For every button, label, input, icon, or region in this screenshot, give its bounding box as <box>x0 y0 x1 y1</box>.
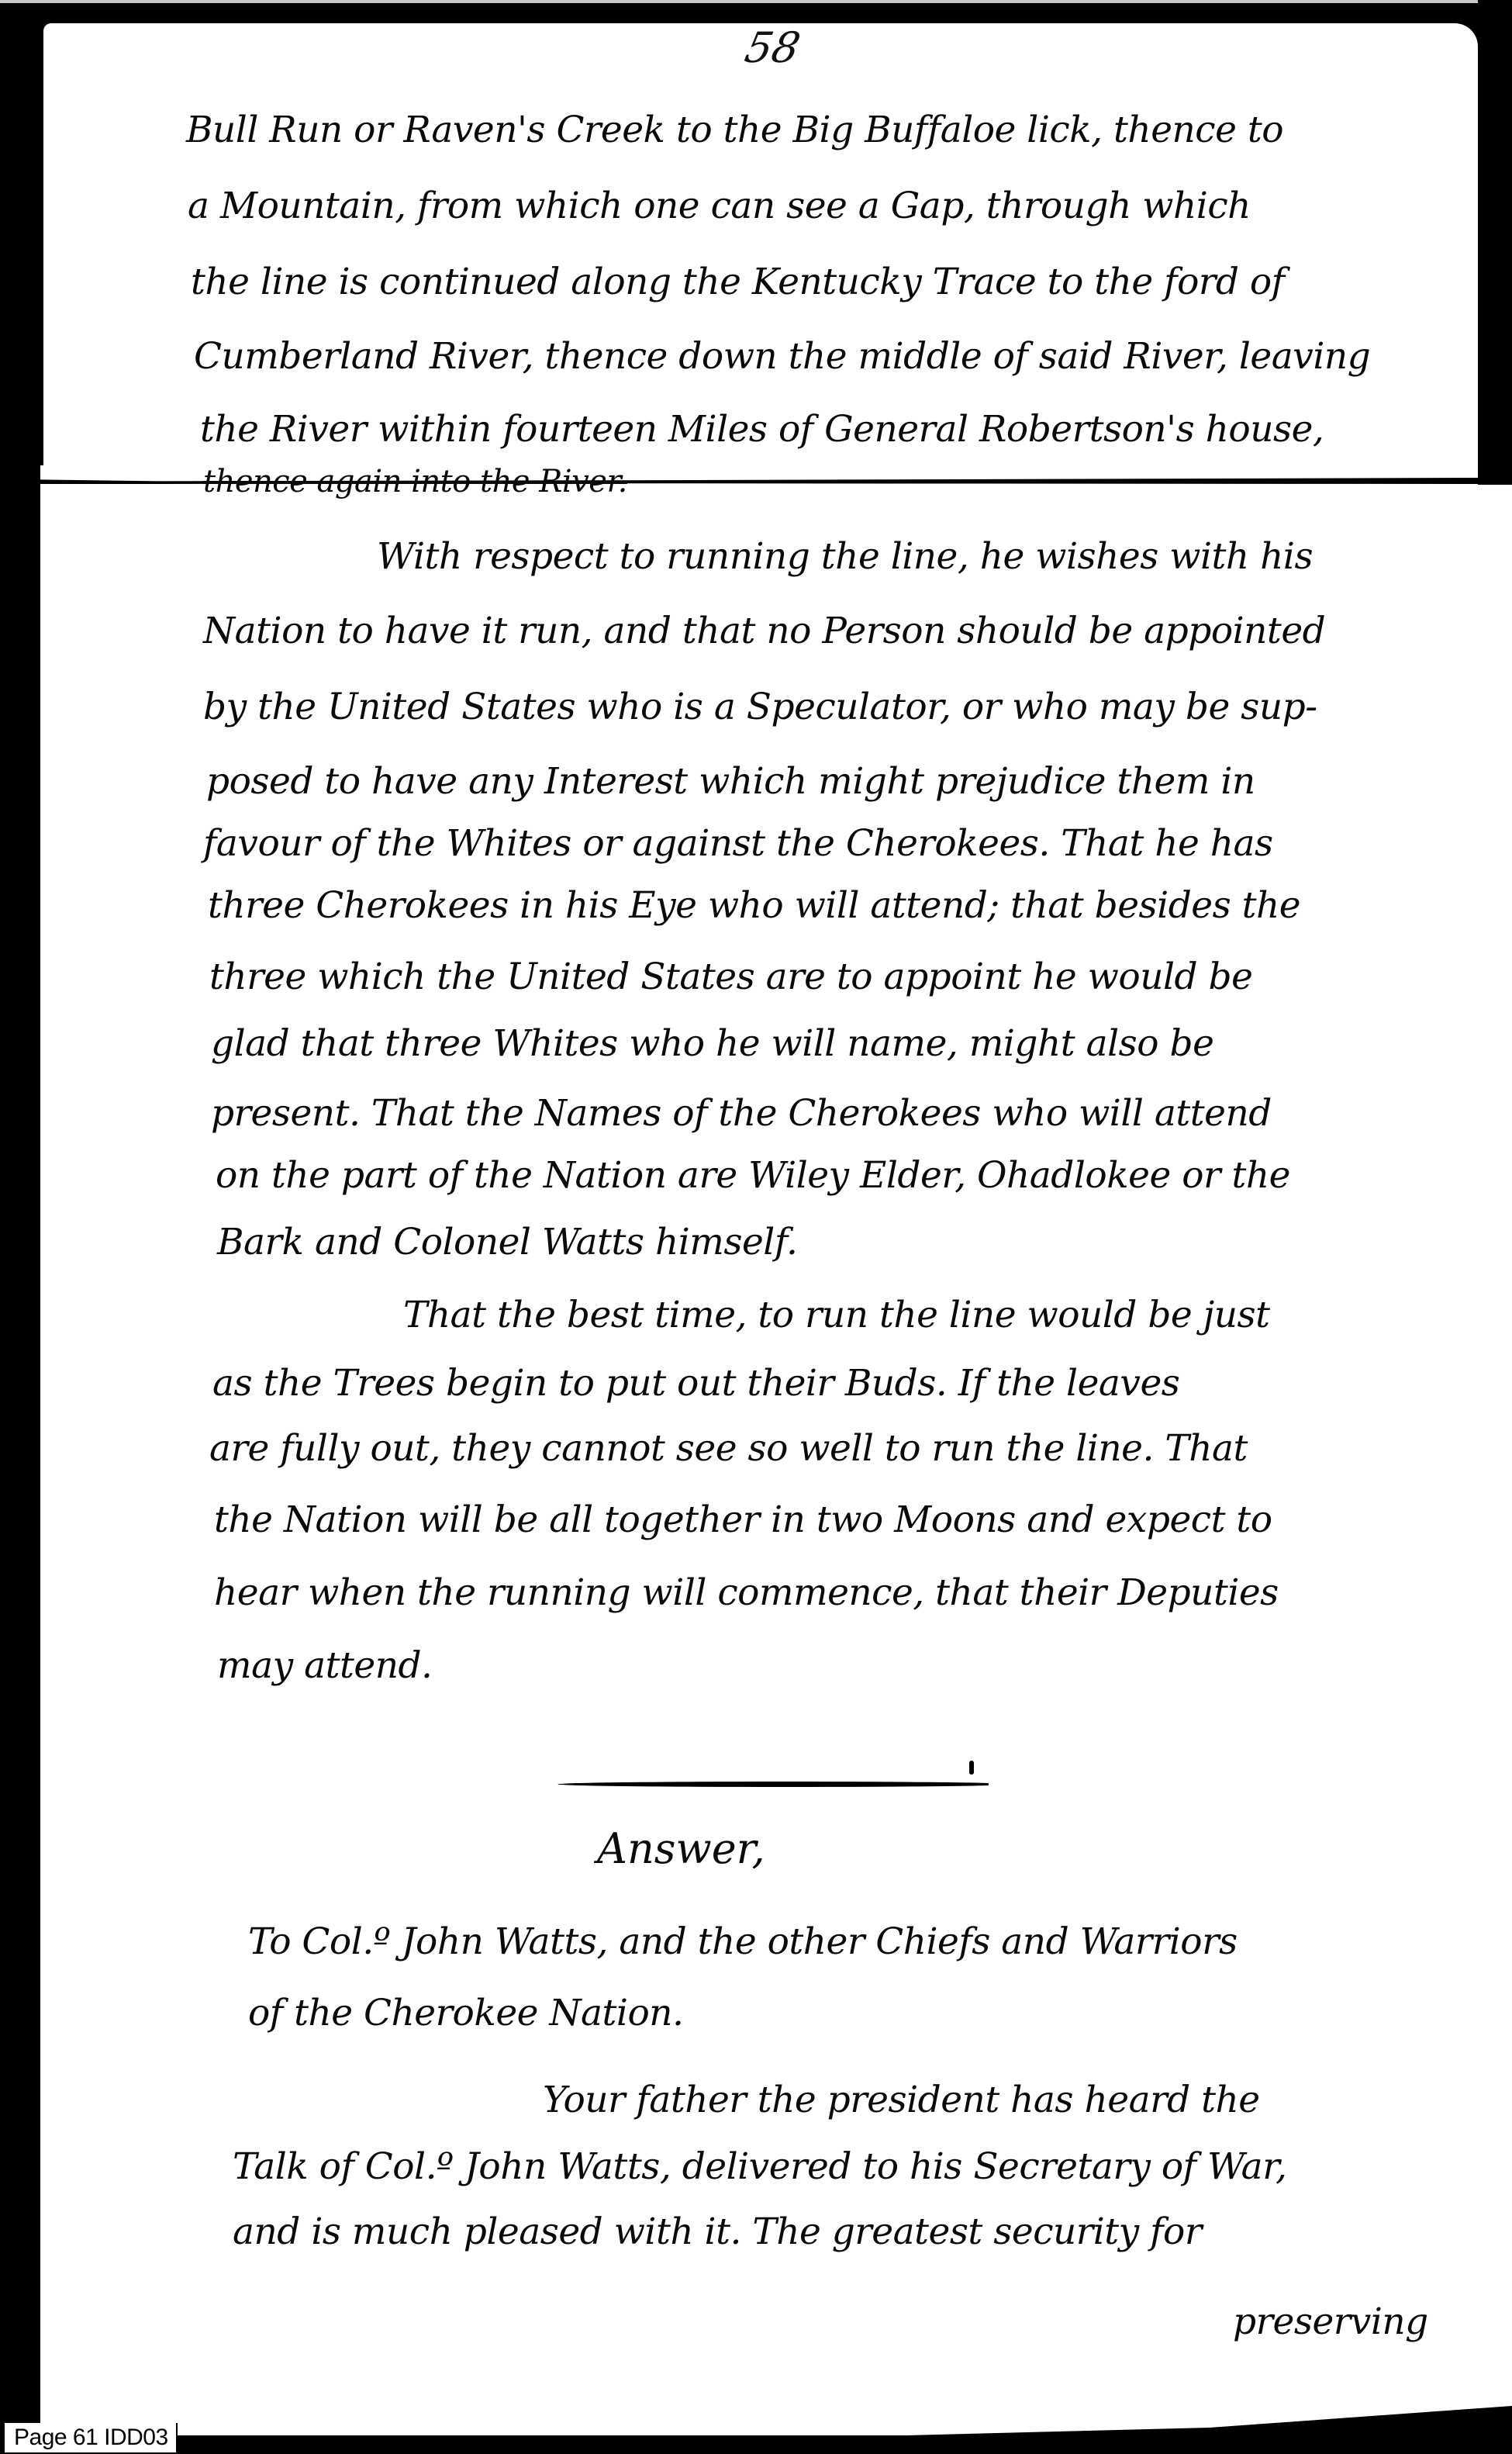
manuscript-line: hear when the running will commence, tha… <box>214 1571 1279 1614</box>
manuscript-line: are fully out, they cannot see so well t… <box>209 1427 1248 1470</box>
manuscript-line: and is much pleased with it. The greates… <box>233 2210 1202 2253</box>
manuscript-line: the River within fourteen Miles of Gener… <box>200 408 1324 451</box>
manuscript-line: favour of the Whites or against the Cher… <box>203 822 1273 865</box>
manuscript-line: glad that three Whites who he will name,… <box>211 1022 1213 1065</box>
manuscript-line: Nation to have it run, and that no Perso… <box>203 610 1325 652</box>
catchword: preserving <box>1233 2300 1428 2343</box>
manuscript-line: three Cherokees in his Eye who will atte… <box>208 884 1300 927</box>
manuscript-line: by the United States who is a Speculator… <box>203 686 1317 728</box>
manuscript-line: Talk of Col.º John Watts, delivered to h… <box>233 2145 1286 2188</box>
manuscript-line: Cumberland River, thence down the middle… <box>194 335 1370 378</box>
manuscript-line: present. That the Names of the Cherokees… <box>211 1092 1272 1135</box>
top-rule <box>0 0 1512 3</box>
right-scan-border <box>1478 0 1512 485</box>
manuscript-line: the line is continued along the Kentucky… <box>191 261 1285 303</box>
address-line: of the Cherokee Nation. <box>248 1992 683 2034</box>
manuscript-line: a Mountain, from which one can see a Gap… <box>188 185 1251 227</box>
manuscript-line: That the best time, to run the line woul… <box>403 1294 1270 1336</box>
struck-out-line: thence again into the River. <box>203 464 627 499</box>
manuscript-line: posed to have any Interest which might p… <box>206 760 1255 803</box>
manuscript-line: Your father the president has heard the <box>543 2079 1260 2121</box>
manuscript-line: may attend. <box>217 1644 433 1687</box>
manuscript-line: the Nation will be all together in two M… <box>214 1498 1272 1541</box>
address-line: To Col.º John Watts, and the other Chief… <box>248 1920 1238 1963</box>
manuscript-line: three which the United States are to app… <box>209 956 1252 998</box>
page-label: Page 61 IDD03 <box>3 2423 178 2454</box>
manuscript-line: on the part of the Nation are Wiley Elde… <box>216 1154 1290 1197</box>
divider-ink-mark <box>969 1761 974 1775</box>
page-number: 58 <box>740 23 804 72</box>
manuscript-line: With respect to running the line, he wis… <box>377 535 1313 578</box>
manuscript-line: as the Trees begin to put out their Buds… <box>212 1362 1179 1405</box>
manuscript-line: Bark and Colonel Watts himself. <box>217 1221 797 1263</box>
manuscript-line: Bull Run or Raven's Creek to the Big Buf… <box>186 109 1283 151</box>
answer-heading: Answer, <box>597 1824 765 1873</box>
